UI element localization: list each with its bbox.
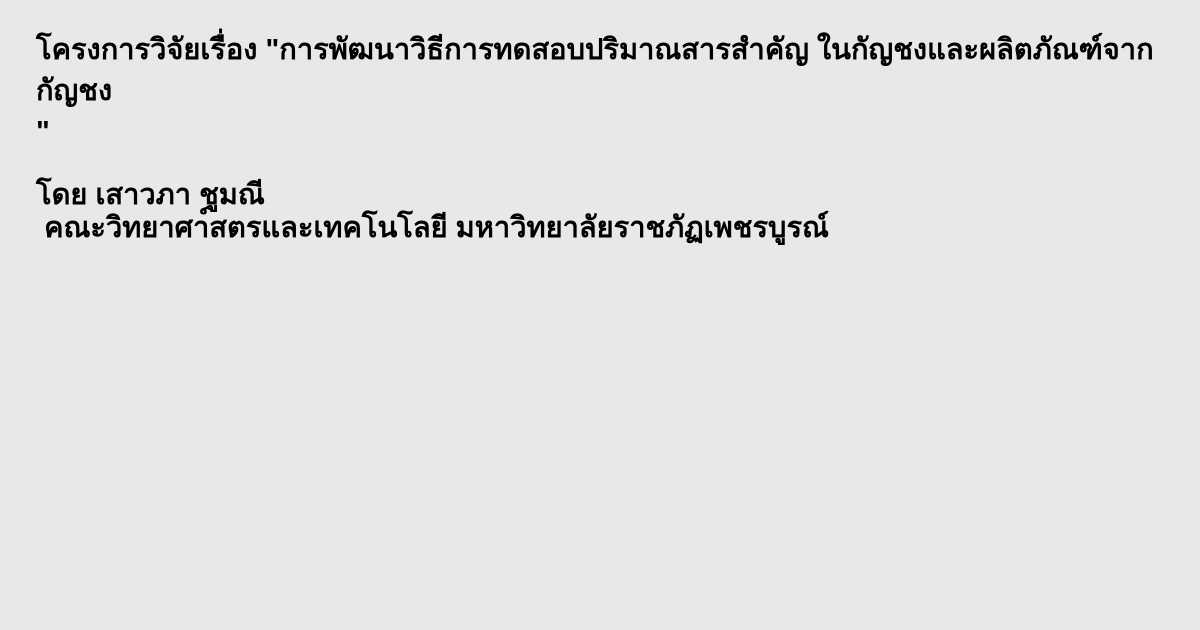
author-block: โดย เสาวภา ชูมณี คณะวิทยาศา์สตรและเทคโนโ… [36, 179, 1164, 245]
title-line-2-closing-quote: " [36, 116, 50, 148]
share-card: โครงการวิจัยเรื่อง "การพัฒนาวิธีการทดสอบ… [0, 0, 1200, 630]
author-affiliation: คณะวิทยาศา์สตรและเทคโนโลยี มหาวิทยาลัยรา… [36, 212, 1164, 245]
research-project-title: โครงการวิจัยเรื่อง "การพัฒนาวิธีการทดสอบ… [36, 30, 1164, 153]
title-line-1: โครงการวิจัยเรื่อง "การพัฒนาวิธีการทดสอบ… [36, 34, 1154, 107]
author-byline: โดย เสาวภา ชูมณี [36, 179, 1164, 212]
